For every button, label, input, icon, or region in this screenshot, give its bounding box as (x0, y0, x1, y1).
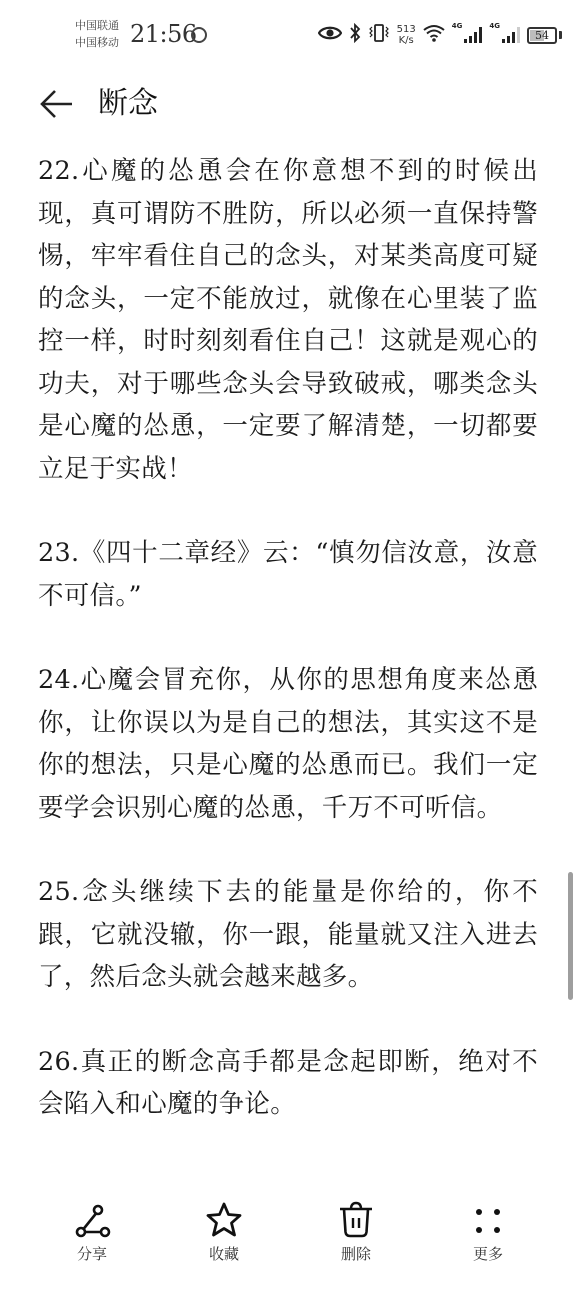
paragraph-23: 23.《四十二章经》云：“慎勿信汝意，汝意不可信。” (38, 532, 538, 617)
trash-icon (336, 1200, 376, 1240)
vibrate-icon (368, 23, 390, 47)
clock: 21:56 (130, 20, 197, 48)
signal-sim2-icon (502, 27, 520, 43)
favorite-button[interactable]: 收藏 (184, 1200, 264, 1264)
carrier-1: 中国联通 (75, 17, 119, 34)
arrow-left-icon (38, 84, 78, 124)
status-bar: 中国联通 中国移动 21:56 513 K/s 4G 4G 54 (0, 0, 580, 70)
delete-button[interactable]: 删除 (316, 1200, 396, 1264)
carrier-2: 中国移动 (75, 34, 119, 51)
page-title: 断念 (98, 84, 158, 124)
note-content: 22.心魔的怂恿会在你意想不到的时候出现，真可谓防不胜防，所以必须一直保持警惕，… (38, 150, 538, 1168)
eye-comfort-icon (318, 25, 342, 45)
status-icons: 513 K/s 4G 4G 54 (318, 20, 562, 50)
sim2-network-type: 4G (489, 22, 500, 30)
star-icon (204, 1200, 244, 1240)
back-button[interactable] (38, 84, 78, 124)
share-label: 分享 (77, 1244, 107, 1264)
delete-label: 删除 (341, 1244, 371, 1264)
scrollbar[interactable] (568, 872, 573, 1000)
app-header: 断念 (0, 70, 580, 140)
share-button[interactable]: 分享 (52, 1200, 132, 1264)
favorite-label: 收藏 (209, 1244, 239, 1264)
carrier-info: 中国联通 中国移动 (75, 17, 119, 51)
more-button[interactable]: 更多 (448, 1200, 528, 1264)
more-label: 更多 (473, 1244, 503, 1264)
bluetooth-icon (349, 23, 361, 47)
battery-level: 54 (535, 29, 549, 42)
network-speed: 513 K/s (397, 24, 416, 46)
sim1-network-type: 4G (452, 22, 463, 30)
signal-sim1-icon (464, 27, 482, 43)
bottom-toolbar: 分享 收藏 删除 更多 (0, 1200, 580, 1289)
more-dots-icon (468, 1200, 508, 1240)
share-icon (72, 1200, 112, 1240)
paragraph-25: 25.念头继续下去的能量是你给的，你不跟，它就没辙，你一跟，能量就又注入进去了，… (38, 871, 538, 999)
paragraph-24: 24.心魔会冒充你，从你的思想角度来怂恿你，让你误以为是自己的想法，其实这不是你… (38, 659, 538, 829)
battery-cap (559, 31, 562, 39)
paragraph-26: 26.真正的断念高手都是念起即断，绝对不会陷入和心魔的争论。 (38, 1041, 538, 1126)
paragraph-22: 22.心魔的怂恿会在你意想不到的时候出现，真可谓防不胜防，所以必须一直保持警惕，… (38, 150, 538, 490)
wifi-icon (423, 24, 445, 46)
sync-ring-icon (191, 27, 207, 43)
battery-icon: 54 (527, 27, 557, 44)
